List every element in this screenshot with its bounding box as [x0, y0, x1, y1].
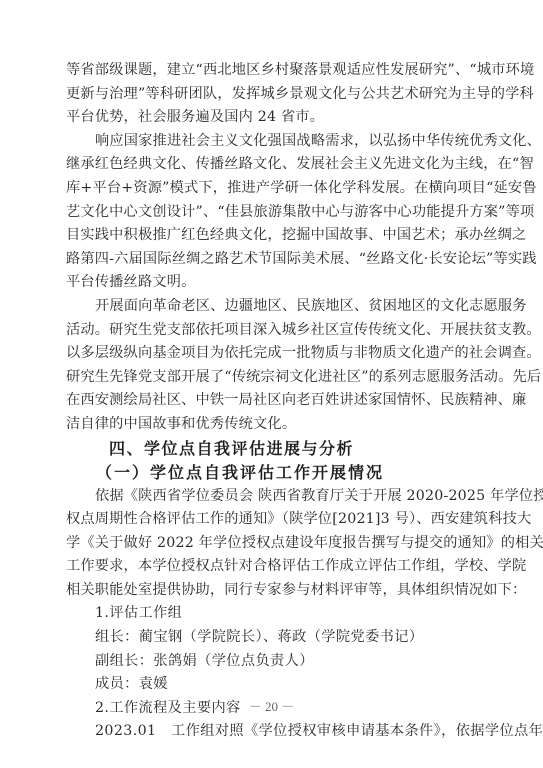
text-line: 开展面向革命老区、边疆地区、民族地区、贫困地区的文化志愿服务: [66, 295, 478, 319]
document-page-body: 等省部级课题，建立“西北地区乡村聚落景观适应性发展研究”、“城市环境 更新与治理…: [66, 59, 478, 744]
text-line: 在西安测绘局社区、中铁一局社区向老百姓讲述家国情怀、民族精神、廉: [66, 389, 478, 413]
text-line: 相关职能处室提供协助，同行专家参与材料评审等，具体组织情况如下：: [66, 579, 478, 603]
text-line: 艺文化中心文创设计”、“佳县旅游集散中心与游客中心功能提升方案”等项: [66, 201, 478, 225]
subsection-heading: （一）学位点自我评估工作开展情况: [66, 461, 478, 485]
text-line: 路第四-六届国际丝绸之路艺术节国际美术展、“丝路文化·长安论坛”等实践: [66, 248, 478, 272]
text-line: 更新与治理”等科研团队，发挥城乡景观文化与公共艺术研究为主导的学科: [66, 83, 478, 107]
work-group-section: 1.评估工作组 组长：蔺宝钢（学院院长）、蒋政（学院党委书记） 副组长：张鸽娟（…: [66, 602, 478, 696]
text-line: 继承红色经典文化、传播丝路文化、发展社会主义先进文化为主线，在“智: [66, 153, 478, 177]
text-line: 目实践中积极推广红色经典文化，挖掘中国故事、中国艺术；承办丝绸之: [66, 224, 478, 248]
text-line: 依据《陕西省学位委员会 陕西省教育厅关于开展 2020-2025 年学位授: [66, 485, 478, 509]
text-line: 等省部级课题，建立“西北地区乡村聚落景观适应性发展研究”、“城市环境: [66, 59, 478, 83]
paragraph-cultural-strategy: 响应国家推进社会主义文化强国战略需求，以弘扬中华传统优秀文化、 继承红色经典文化…: [66, 130, 478, 295]
work-group-leader: 组长：蔺宝钢（学院院长）、蒋政（学院党委书记）: [66, 626, 478, 650]
text-line: 库+平台+资源”模式下，推进产学研一体化学科发展。在横向项目“延安鲁: [66, 177, 478, 201]
text-line: 研究生先锋党支部开展了“传统宗祠文化进社区”的系列志愿服务活动。先后: [66, 366, 478, 390]
text-line: 权点周期性合格评估工作的通知》（陕学位[2021]3 号）、西安建筑科技大: [66, 508, 478, 532]
text-line: 响应国家推进社会主义文化强国战略需求，以弘扬中华传统优秀文化、: [66, 130, 478, 154]
text-line: 工作要求，本学位授权点针对合格评估工作成立评估工作组，学校、学院: [66, 555, 478, 579]
text-line: 平台优势，社会服务遍及国内 24 省市。: [66, 106, 478, 130]
section-heading: 四、学位点自我评估进展与分析: [66, 437, 478, 461]
paragraph-volunteer-service: 开展面向革命老区、边疆地区、民族地区、贫困地区的文化志愿服务 活动。研究生党支部…: [66, 295, 478, 437]
text-line: 活动。研究生党支部依托项目深入城乡社区宣传传统文化、开展扶贫支教。: [66, 319, 478, 343]
page-number: － 20 －: [0, 696, 543, 715]
paragraph-evaluation-basis: 依据《陕西省学位委员会 陕西省教育厅关于开展 2020-2025 年学位授 权点…: [66, 485, 478, 603]
work-group-members: 成员：袁媛: [66, 673, 478, 697]
text-line: 以多层级纵向基金项目为依托完成一批物质与非物质文化遗产的社会调查。: [66, 342, 478, 366]
paragraph-research-teams: 等省部级课题，建立“西北地区乡村聚落景观适应性发展研究”、“城市环境 更新与治理…: [66, 59, 478, 130]
text-line: 平台传播丝路文明。: [66, 271, 478, 295]
work-group-title: 1.评估工作组: [66, 602, 478, 626]
text-line: 学《关于做好 2022 年学位授权点建设年度报告撰写与提交的通知》的相关: [66, 532, 478, 556]
workflow-first-line: 2023.01 工作组对照《学位授权审核申请基本条件》，依据学位点年: [66, 720, 478, 744]
text-line: 洁自律的中国故事和优秀传统文化。: [66, 413, 478, 437]
work-group-deputy: 副组长：张鸽娟（学位点负责人）: [66, 650, 478, 674]
